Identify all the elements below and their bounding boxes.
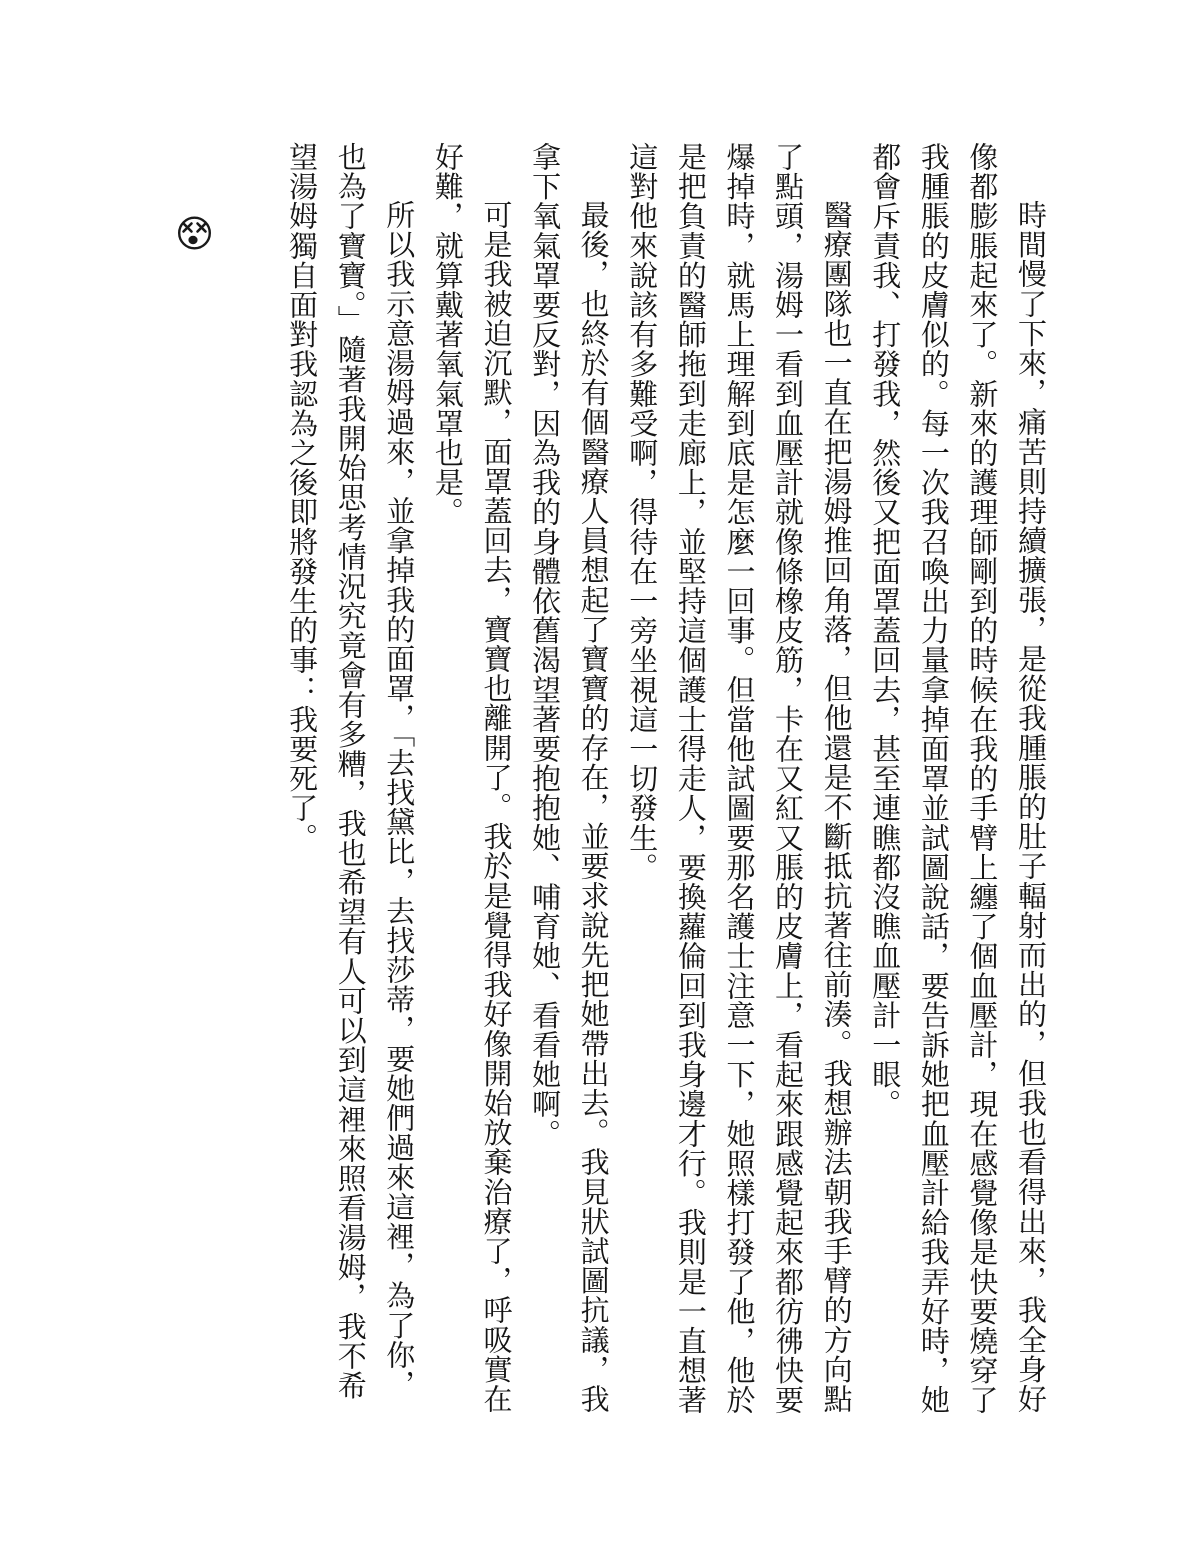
dizzy-face-icon — [176, 215, 213, 252]
paragraph-2: 醫療團隊也一直在把湯姆推回角落，但他還是不斷抵抗著往前湊。我想辦法朝我手臂的方向… — [617, 142, 860, 1415]
book-page: 時間慢了下來，痛苦則持續擴張，是從我腫脹的肚子輻射而出的，但我也看得出來，我全身… — [0, 0, 1200, 1553]
page-text: 時間慢了下來，痛苦則持續擴張，是從我腫脹的肚子輻射而出的，但我也看得出來，我全身… — [278, 142, 1054, 1415]
paragraph-5: 所以我示意湯姆過來，並拿掉我的面罩，「去找黛比，去找莎蒂，要她們過來這裡，為了你… — [277, 142, 423, 1415]
paragraph-1: 時間慢了下來，痛苦則持續擴張，是從我腫脹的肚子輻射而出的，但我也看得出來，我全身… — [860, 142, 1054, 1415]
paragraph-3: 最後，也終於有個醫療人員想起了寶寶的存在，並要求說先把她帶出去。我見狀試圖抗議，… — [519, 142, 616, 1415]
paragraph-4: 可是我被迫沉默，面罩蓋回去，寶寶也離開了。我於是覺得我好像開始放棄治療了，呼吸實… — [422, 142, 519, 1415]
